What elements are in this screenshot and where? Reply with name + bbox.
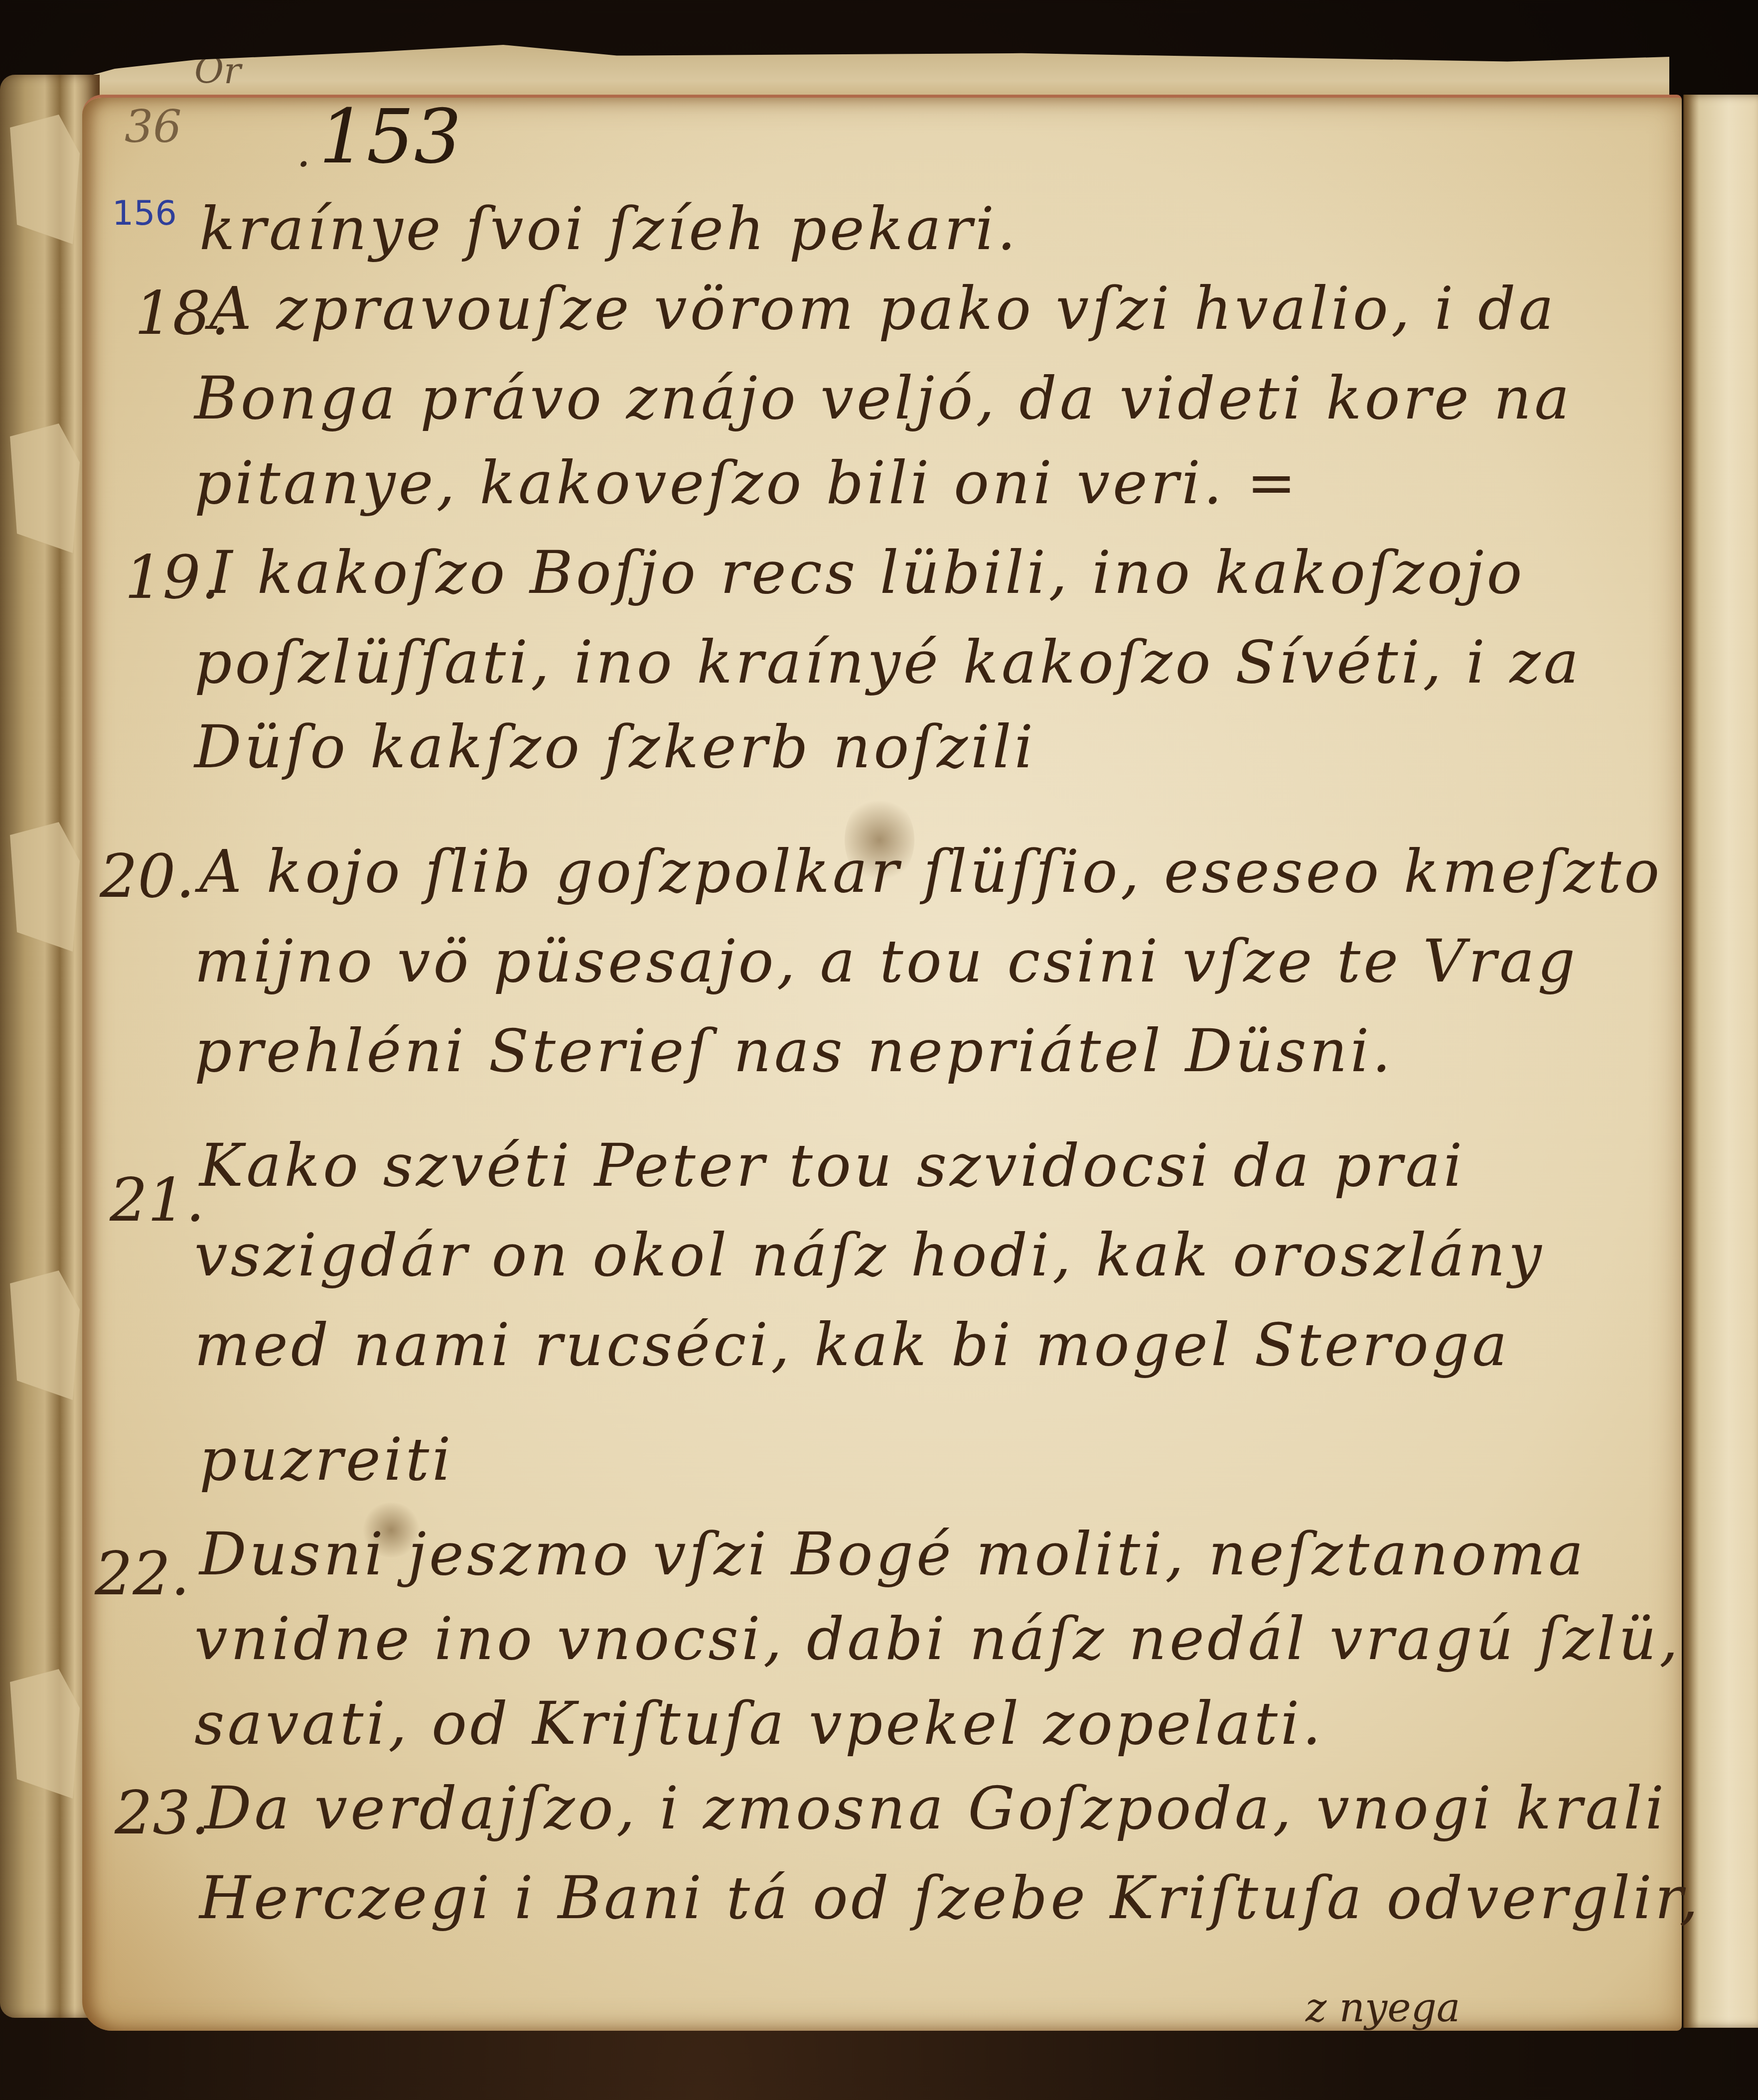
- opening-line: kraínye ſvoi ſzíeh pekari.: [199, 194, 1019, 263]
- verse-number: 19.: [125, 543, 220, 612]
- verse-line: mijno vö püsesajo, a tou csini vſze te V…: [194, 927, 1578, 995]
- torn-edge: [10, 1270, 80, 1400]
- verse-line: Herczegi i Bani tá od ſzebe Kriſtuſa odv…: [199, 1863, 1701, 1932]
- verse-line: vszigdár on okol náſz hodi, kak oroszlán…: [194, 1221, 1545, 1289]
- verse-line: A kojo ſlib goſzpolkar ſlüſſio, eseseo k…: [199, 837, 1662, 906]
- verse-line: Dusni jeszmo vſzi Bogé moliti, neſztanom…: [199, 1520, 1587, 1588]
- catchword: z nyega: [1306, 1988, 1461, 2028]
- folio-dot: ·: [296, 142, 311, 187]
- torn-edge: [10, 115, 80, 244]
- verse-line: Düſo kakſzo ſzkerb noſzili: [194, 712, 1036, 781]
- verse-line: Kako szvéti Peter tou szvidocsi da prai: [199, 1131, 1465, 1200]
- blue-archive-number: 156: [112, 197, 177, 231]
- verse-line: med nami rucséci, kak bi mogel Steroga: [194, 1310, 1510, 1379]
- verse-number: 20.: [100, 842, 195, 911]
- verse-line: savati, od Kriſtuſa vpekel zopelati.: [194, 1689, 1324, 1758]
- verse-number: 21.: [110, 1166, 205, 1235]
- verse-number: 22.: [95, 1540, 190, 1609]
- verse-line: prehléni Sterieſ nas nepriátel Düsni.: [194, 1016, 1394, 1085]
- verse-line: Bonga právo znájo veljó, da videti kore …: [194, 364, 1573, 432]
- verse-line: pitanye, kakoveſzo bili oni veri. =: [194, 448, 1299, 517]
- facing-page-edge: [1684, 95, 1758, 2028]
- verse-line: I kakoſzo Boſjo recs lübili, ino kakoſzo…: [209, 538, 1525, 607]
- verse-line: puzreiti: [199, 1425, 454, 1494]
- verse-line: vnidne ino vnocsi, dabi náſz nedál vragú…: [194, 1604, 1681, 1673]
- torn-edge: [10, 423, 80, 553]
- torn-edge: [10, 1669, 80, 1799]
- folio-number: 153: [319, 100, 461, 174]
- verse-line: Da verdajſzo, i zmosna Goſzpoda, vnogi k…: [204, 1774, 1667, 1842]
- verse-line: poſzlüſſati, ino kraínyé kakoſzo Sívéti,…: [194, 628, 1582, 697]
- torn-edge: [10, 822, 80, 952]
- old-page-number: 36: [125, 105, 182, 149]
- verse-line: A zpravouſze vörom pako vſzi hvalio, i d…: [209, 274, 1557, 343]
- verse-number: 23.: [115, 1779, 210, 1848]
